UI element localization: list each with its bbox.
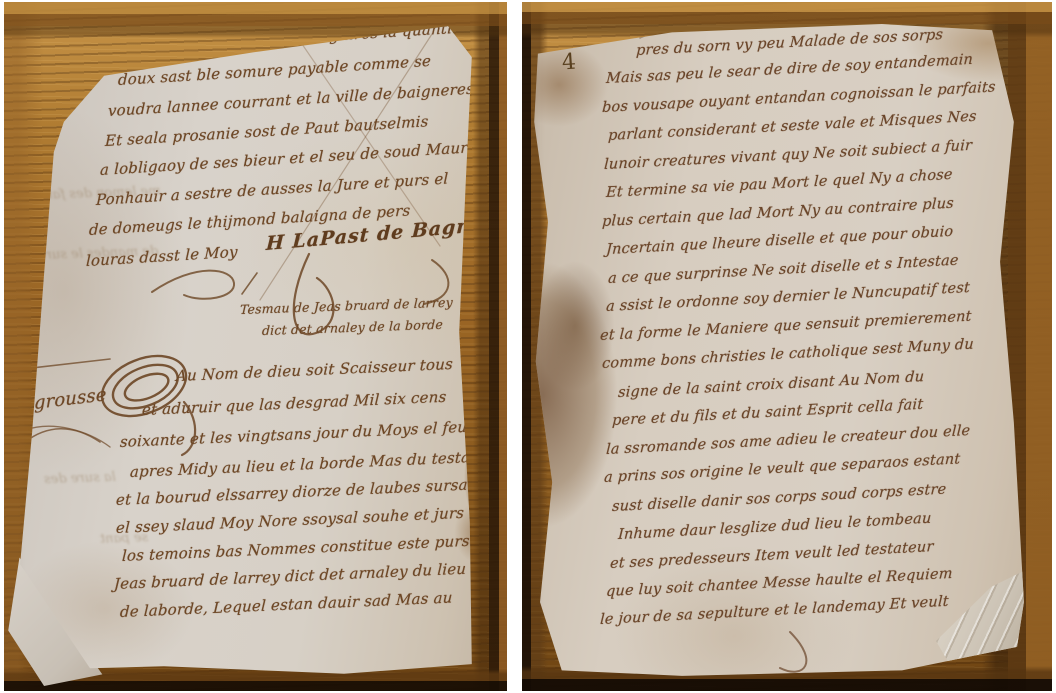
manuscript-line: et la bourud elssarrey diorze de laubes … [116, 475, 503, 508]
manuscript-photograph: me lemon des fares de mandes le sure la … [0, 0, 1056, 693]
manuscript-line: Et termine sa vie pau Mort le quel Ny a … [606, 168, 953, 202]
right-page-paper: 4 pres du sorn vy peu Malade de sos sorp… [522, 2, 1052, 691]
manuscript-line: a prins sos origine le veult que separao… [604, 452, 961, 487]
caption-line: Tesmau de Jeas bruard de larrey [240, 296, 453, 317]
manuscript-line: de laborde, Lequel estan dauir sad Mas a… [120, 589, 453, 620]
manuscript-line: Jeas bruard de larrey dict det arnaley d… [114, 561, 467, 593]
manuscript-line: doux sast ble somure payable comme se [118, 53, 431, 89]
caption-line: dict det arnaley de la borde [262, 318, 443, 338]
manuscript-line: pere et du fils et du saint Esprit cella… [612, 398, 924, 430]
left-page-paper: me lemon des fares de mandes le sure la … [4, 2, 507, 691]
manuscript-line: Pouyprou pratiquoy el baignires la quant… [128, 18, 488, 57]
manuscript-line: Jncertain que lheure diselle et que pour… [606, 225, 954, 259]
manuscript-line: et ses predesseurs Item veult led testat… [610, 540, 934, 573]
manuscript-line: Inhume daur lesglize dud lieu le tombeau [618, 512, 932, 544]
manuscript-line: comme bons christies le catholique sest … [602, 337, 975, 372]
manuscript-line: soixante et les vingtsans jour du Moys e… [120, 418, 497, 451]
folio-number: 4 [561, 52, 577, 75]
manuscript-line: signe de la saint croix disant Au Nom du [618, 370, 925, 402]
manuscript-line: le jour de sa sepulture et le landemay E… [600, 595, 950, 629]
margin-note-grosse: grousse [34, 385, 107, 414]
left-photo: me lemon des fares de mandes le sure la … [4, 2, 507, 691]
manuscript-line: el ssey slaud Moy Nore ssoysal souhe et … [116, 505, 465, 537]
right-photo: 4 pres du sorn vy peu Malade de sos sorp… [522, 2, 1052, 691]
bleedthrough-text: la sure des [44, 471, 116, 486]
manuscript-line: Au Nom de dieu soit Scaisseur tous [176, 356, 454, 385]
manuscript-line: sust diselle danir sos corps soud corps … [612, 482, 947, 516]
manuscript-line: et aduruir que las desgrad Mil six cens [142, 389, 447, 419]
manuscript-line: apres Midy au lieu et la borde Mas du te… [130, 448, 497, 481]
